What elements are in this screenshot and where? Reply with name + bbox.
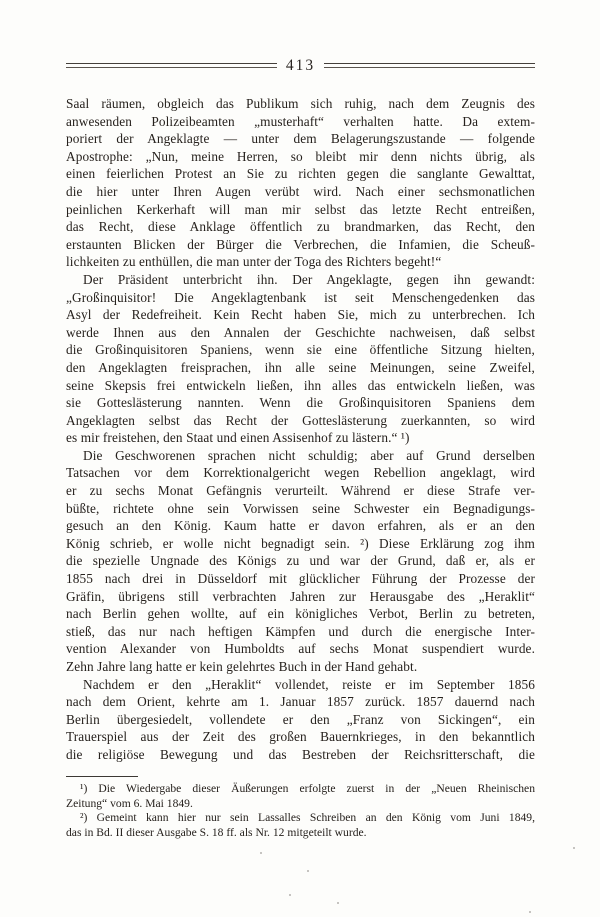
footnote-line: ²) Gemeint kann hier nur sein Lassalles …: [66, 811, 535, 826]
scan-speck: [307, 870, 309, 872]
paragraph: Nachdem er den „Heraklit“ vollendet, rei…: [66, 676, 535, 764]
footnote-separator: [66, 776, 138, 777]
text-line: die hier unter Ihren Augen verübt wird. …: [66, 183, 535, 201]
text-line: Nachdem er den „Heraklit“ vollendet, rei…: [66, 676, 535, 694]
text-line: es mir freistehen, den Staat und einen A…: [66, 429, 535, 447]
text-line: werde Ihnen aus den Annalen der Geschich…: [66, 324, 535, 342]
text-line: Die Geschworenen sprachen nicht schuldig…: [66, 447, 535, 465]
text-line: Apostrophe: „Nun, meine Herren, so bleib…: [66, 148, 535, 166]
scan-speck: [260, 852, 262, 854]
text-line: Gräfin, übrigens still verbrachten Jahre…: [66, 588, 535, 606]
paragraph: Der Präsident unterbricht ihn. Der Angek…: [66, 271, 535, 447]
text-line: erstaunten Blicken der Bürger die Verbre…: [66, 236, 535, 254]
text-line: nach dem Orient, kehrte am 1. Januar 185…: [66, 693, 535, 711]
text-line: den Angeklagten freisprachen, ihn alle s…: [66, 359, 535, 377]
text-line: die spezielle Ungnade des Königs zu und …: [66, 552, 535, 570]
text-line: Tatsachen vor dem Korrektionalgericht we…: [66, 464, 535, 482]
text-line: Saal räumen, obgleich das Publikum sich …: [66, 95, 535, 113]
paragraph: Die Geschworenen sprachen nicht schuldig…: [66, 447, 535, 676]
scan-speck: [573, 847, 575, 849]
book-page: 413 Saal räumen, obgleich das Publikum s…: [0, 0, 600, 917]
text-line: Berlin übergesiedelt, vollendete er den …: [66, 711, 535, 729]
scan-speck: [529, 911, 531, 913]
body-text: Saal räumen, obgleich das Publikum sich …: [66, 95, 535, 764]
text-line: 1855 nach drei in Düsseldorf mit glückli…: [66, 570, 535, 588]
text-line: stieß, das nur nach heftigen Kämpfen und…: [66, 623, 535, 641]
page-header: 413: [66, 57, 535, 73]
footnotes: ¹) Die Wiedergabe dieser Äußerungen erfo…: [66, 782, 535, 840]
text-line: Zehn Jahre lang hatte er kein gelehrtes …: [66, 658, 535, 676]
footnote-line: ¹) Die Wiedergabe dieser Äußerungen erfo…: [66, 782, 535, 797]
text-line: lichkeiten zu enthüllen, die man unter d…: [66, 253, 535, 271]
header-rule-right: [324, 63, 535, 68]
text-line: büßte, richtete ohne sein Vorwissen sein…: [66, 500, 535, 518]
footnote-line: Zeitung“ vom 6. Mai 1849.: [66, 797, 535, 812]
text-line: seine Skepsis frei entwickeln ließen, ih…: [66, 377, 535, 395]
header-rule-left: [66, 63, 277, 68]
text-line: Der Präsident unterbricht ihn. Der Angek…: [66, 271, 535, 289]
text-line: vention Alexander von Humboldts auf sech…: [66, 640, 535, 658]
text-line: gesuch an den König. Kaum hatte er davon…: [66, 517, 535, 535]
footnote: ¹) Die Wiedergabe dieser Äußerungen erfo…: [66, 782, 535, 811]
text-line: Angeklagten selbst das Recht der Gottesl…: [66, 412, 535, 430]
footnote-line: das in Bd. II dieser Ausgabe S. 18 ff. a…: [66, 826, 535, 841]
text-line: nach Berlin gehen wollte, auf ein königl…: [66, 605, 535, 623]
text-line: anwesenden Polizeibeamten „musterhaft“ v…: [66, 113, 535, 131]
scan-speck: [289, 894, 291, 896]
text-line: die Großinquisitoren Spaniens, wenn sie …: [66, 341, 535, 359]
text-line: sie Gotteslästerung nannten. Wenn die Gr…: [66, 394, 535, 412]
text-line: poriert der Angeklagte — unter dem Belag…: [66, 130, 535, 148]
scan-speck: [337, 902, 339, 904]
paragraph: Saal räumen, obgleich das Publikum sich …: [66, 95, 535, 271]
footnote: ²) Gemeint kann hier nur sein Lassalles …: [66, 811, 535, 840]
text-line: „Großinquisitor! Die Angeklagtenbank ist…: [66, 289, 535, 307]
text-line: Asyl der Redefreiheit. Kein Recht haben …: [66, 306, 535, 324]
text-line: einen feierlichen Protest an Sie zu rich…: [66, 165, 535, 183]
text-line: die religiöse Bewegung und das Bestreben…: [66, 746, 535, 764]
text-line: König schrieb, er wolle nicht begnadigt …: [66, 535, 535, 553]
text-line: peinlichen Kerkerhaft will man mir selbs…: [66, 201, 535, 219]
text-line: das Recht, diese Anklage öffentlich zu b…: [66, 218, 535, 236]
text-line: er zu sechs Monat Gefängnis verurteilt. …: [66, 482, 535, 500]
page-number: 413: [286, 58, 315, 73]
text-line: Trauerspiel aus der Zeit des großen Baue…: [66, 728, 535, 746]
